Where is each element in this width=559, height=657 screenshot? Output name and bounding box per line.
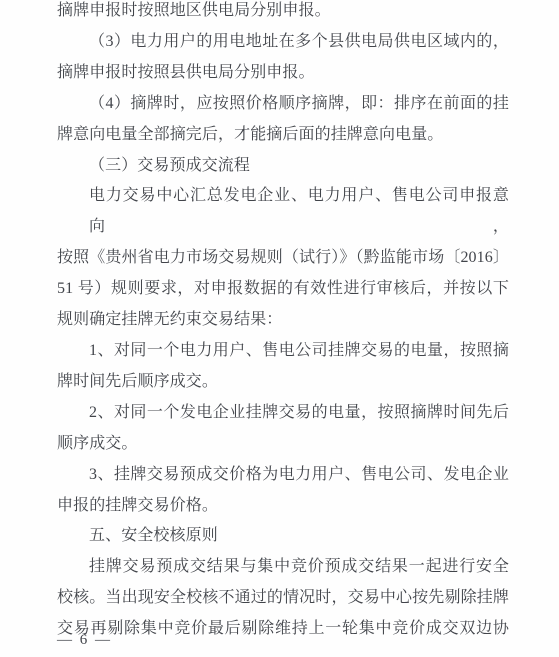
text-line: （3）电力用户的用电地址在多个县供电局供电区域内的，: [57, 27, 509, 58]
text-line: 交易再剔除集中竞价最后剔除维持上一轮集中竞价成交双边协: [57, 614, 509, 645]
text-line: （4）摘牌时，应按照价格顺序摘牌，即：排序在前面的挂: [57, 89, 509, 120]
text-line: 51 号）规则要求，对申报数据的有效性进行审核后，并按以下: [57, 274, 509, 305]
text-line: 顺序成交。: [57, 429, 509, 460]
text-line: 规则确定挂牌无约束交易结果：: [57, 305, 509, 336]
text-line: 摘牌申报时按照地区供电局分别申报。: [57, 0, 509, 27]
text-line: 牌意向电量全部摘完后，才能摘后面的挂牌意向电量。: [57, 120, 509, 151]
text-line: 1、对同一个电力用户、售电公司挂牌交易的电量，按照摘: [57, 336, 509, 367]
text-line: 牌时间先后顺序成交。: [57, 367, 509, 398]
section-heading: 五、安全校核原则: [57, 521, 509, 552]
document-text-block: 摘牌申报时按照地区供电局分别申报。 （3）电力用户的用电地址在多个县供电局供电区…: [57, 0, 509, 645]
text-line: 电力交易中心汇总发电企业、电力用户、售电公司申报意向，: [57, 181, 509, 243]
text-line: 校核。当出现安全校核不通过的情况时，交易中心按先剔除挂牌: [57, 583, 509, 614]
text-line: 按照《贵州省电力市场交易规则（试行）》（黔监能市场〔2016〕: [57, 243, 509, 274]
page-number: — 6 —: [57, 632, 112, 649]
text-line: 3、挂牌交易预成交价格为电力用户、售电公司、发电企业: [57, 460, 509, 491]
text-line: 申报的挂牌交易价格。: [57, 491, 509, 522]
document-page: 摘牌申报时按照地区供电局分别申报。 （3）电力用户的用电地址在多个县供电局供电区…: [0, 0, 559, 657]
text-line: 2、对同一个发电企业挂牌交易的电量，按照摘牌时间先后: [57, 398, 509, 429]
text-line: 挂牌交易预成交结果与集中竞价预成交结果一起进行安全: [57, 552, 509, 583]
section-heading: （三）交易预成交流程: [57, 151, 509, 182]
text-line: 摘牌申报时按照县供电局分别申报。: [57, 58, 509, 89]
